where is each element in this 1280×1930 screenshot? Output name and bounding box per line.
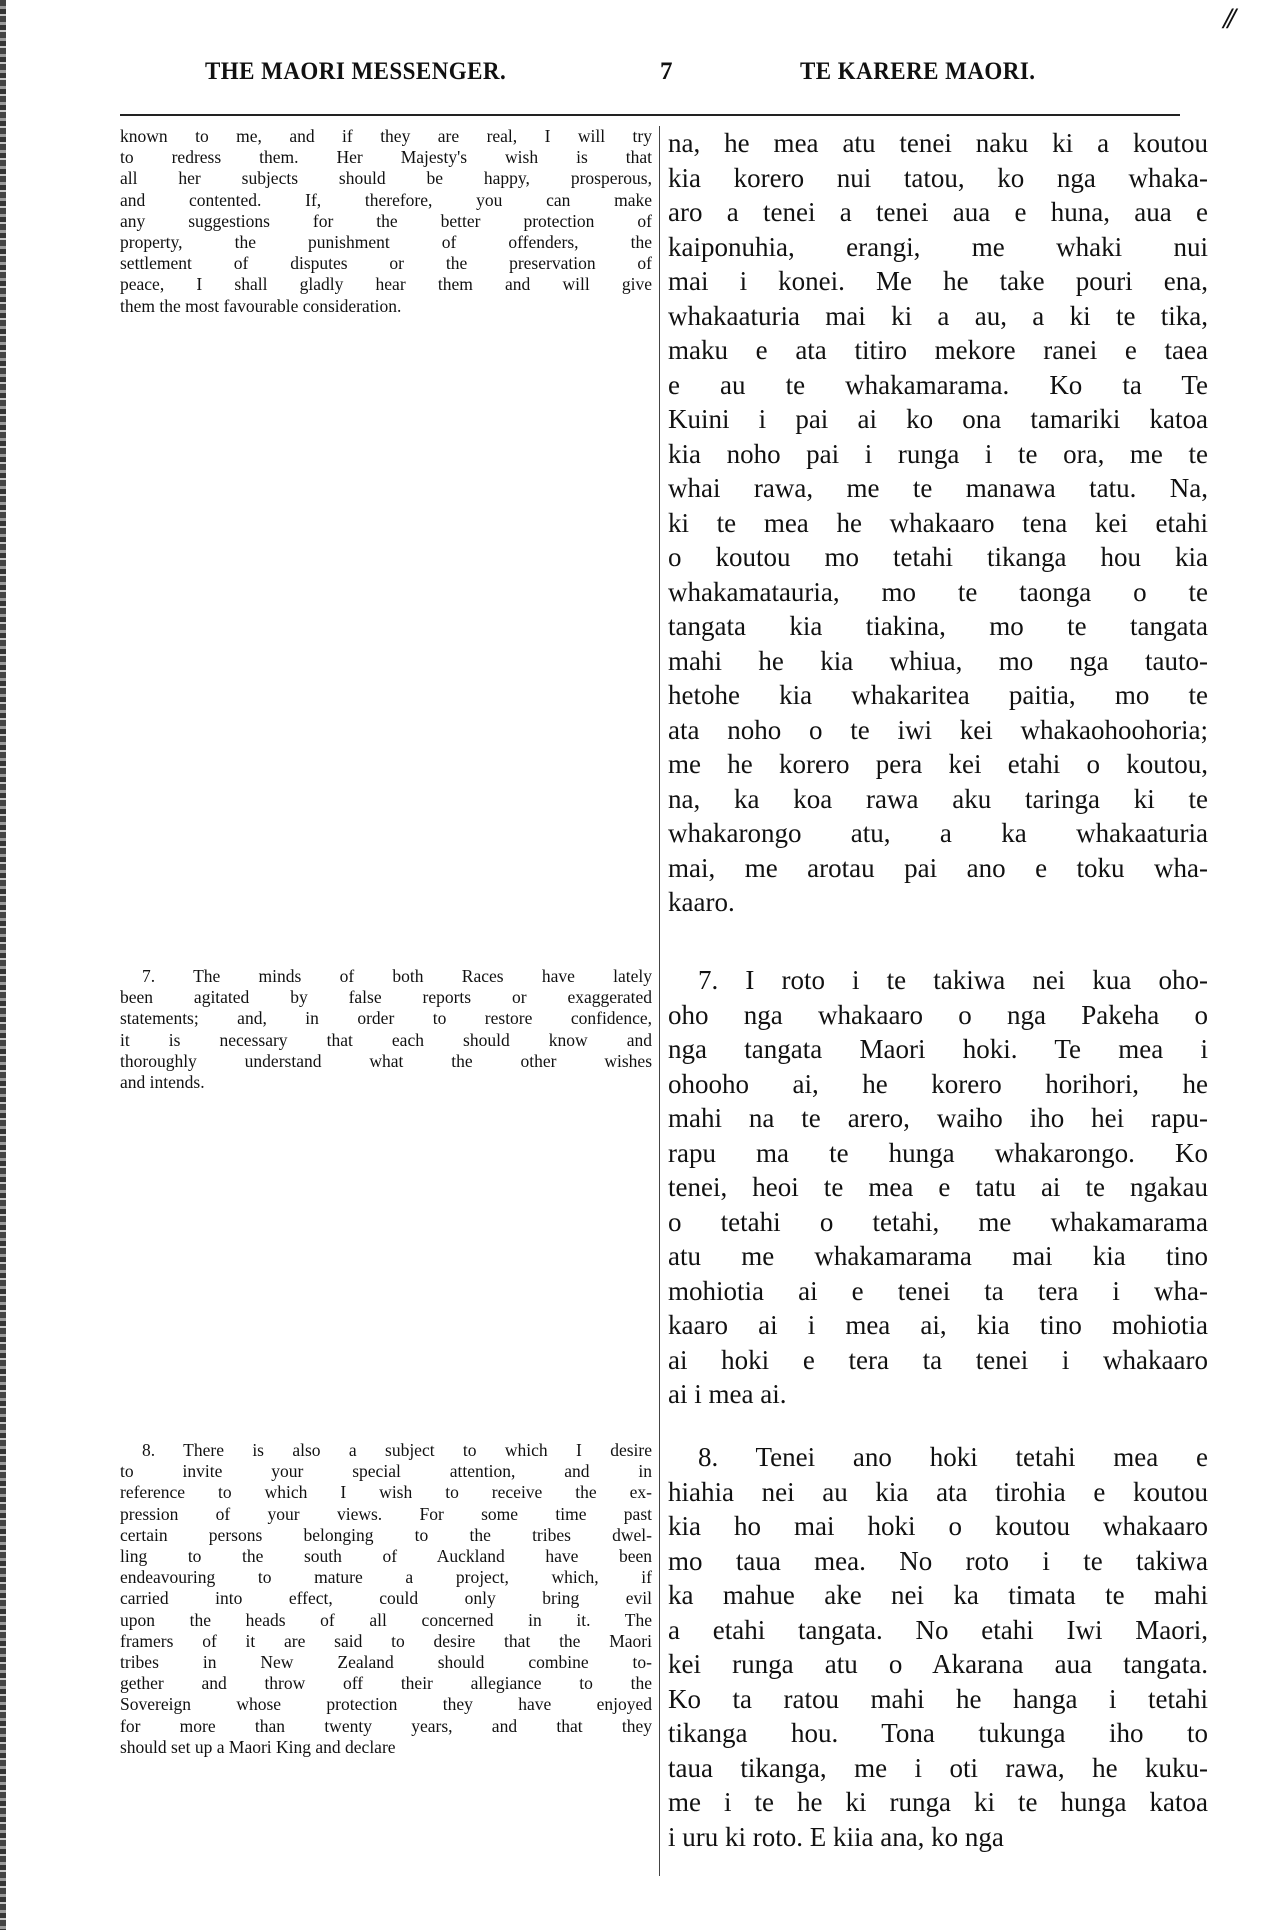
text-line: kia noho pai i runga i te ora, me te xyxy=(668,437,1208,472)
text-line: me i te he ki runga ki te hunga katoa xyxy=(668,1785,1208,1820)
text-line: kaiponuhia, erangi, me whaki nui xyxy=(668,230,1208,265)
handwritten-corner-mark: // xyxy=(1223,2,1232,36)
text-line: tenei, heoi te mea e tatu ai te ngakau xyxy=(668,1170,1208,1205)
text-line: whakarongo atu, a ka whakaaturia xyxy=(668,816,1208,851)
text-line: a etahi tangata. No etahi Iwi Maori, xyxy=(668,1613,1208,1648)
text-line: kia korero nui tatou, ko nga whaka- xyxy=(668,161,1208,196)
text-line: rapu ma te hunga whakarongo. Ko xyxy=(668,1136,1208,1171)
text-line: all her subjects should be happy, prospe… xyxy=(120,168,652,189)
text-line: na, ka koa rawa aku taringa ki te xyxy=(668,782,1208,817)
text-line: framers of it are said to desire that th… xyxy=(120,1631,652,1652)
english-paragraph-8: 8. There is also a subject to which I de… xyxy=(120,1440,652,1758)
text-line: ai hoki e tera ta tenei i whakaaro xyxy=(668,1343,1208,1378)
text-line: Kuini i pai ai ko ona tamariki katoa xyxy=(668,402,1208,437)
text-line: ata noho o te iwi kei whakaohoohoria; xyxy=(668,713,1208,748)
text-line: whakaaturia mai ki a au, a ki te tika, xyxy=(668,299,1208,334)
text-line: it is necessary that each should know an… xyxy=(120,1030,652,1051)
text-line: 8. Tenei ano hoki tetahi mea e xyxy=(668,1440,1208,1475)
text-line: hiahia nei au kia ata tirohia e koutou xyxy=(668,1475,1208,1510)
text-line: oho nga whakaaro o nga Pakeha o xyxy=(668,998,1208,1033)
text-line: ka mahue ake nei ka timata te mahi xyxy=(668,1578,1208,1613)
text-line: mohiotia ai e tenei ta tera i wha- xyxy=(668,1274,1208,1309)
column-divider xyxy=(659,126,660,1876)
text-line: upon the heads of all concerned in it. T… xyxy=(120,1610,652,1631)
text-line: kei runga atu o Akarana aua tangata. xyxy=(668,1647,1208,1682)
text-line: and contented. If, therefore, you can ma… xyxy=(120,190,652,211)
text-line: whai rawa, me te manawa tatu. Na, xyxy=(668,471,1208,506)
text-line: whakamatauria, mo te taonga o te xyxy=(668,575,1208,610)
text-line: ai i mea ai. xyxy=(668,1377,1208,1412)
text-line: na, he mea atu tenei naku ki a koutou xyxy=(668,126,1208,161)
text-line: 7. I roto i te takiwa nei kua oho- xyxy=(668,963,1208,998)
text-line: gether and throw off their allegiance to… xyxy=(120,1673,652,1694)
header-rule xyxy=(120,114,1180,116)
text-line: o tetahi o tetahi, me whakamarama xyxy=(668,1205,1208,1240)
text-line: 7. The minds of both Races have lately xyxy=(120,966,652,987)
page-header: THE MAORI MESSENGER. 7 TE KARERE MAORI. xyxy=(120,58,1190,98)
text-line: nga tangata Maori hoki. Te mea i xyxy=(668,1032,1208,1067)
text-line: for more than twenty years, and that the… xyxy=(120,1716,652,1737)
text-line: endeavouring to mature a project, which,… xyxy=(120,1567,652,1588)
text-line: me he korero pera kei etahi o koutou, xyxy=(668,747,1208,782)
text-line: i uru ki roto. E kiia ana, ko nga xyxy=(668,1820,1208,1855)
text-line: Ko ta ratou mahi he hanga i tetahi xyxy=(668,1682,1208,1717)
text-line: atu me whakamarama mai kia tino xyxy=(668,1239,1208,1274)
text-line: statements; and, in order to restore con… xyxy=(120,1008,652,1029)
english-paragraph-1: known to me, and if they are real, I wil… xyxy=(120,126,652,317)
maori-paragraph-1: na, he mea atu tenei naku ki a koutoukia… xyxy=(668,126,1208,920)
text-line: carried into effect, could only bring ev… xyxy=(120,1588,652,1609)
text-line: aro a tenei a tenei aua e huna, aua e xyxy=(668,195,1208,230)
maori-paragraph-8: 8. Tenei ano hoki tetahi mea ehiahia nei… xyxy=(668,1440,1208,1854)
text-line: kaaro. xyxy=(668,885,1208,920)
text-line: thoroughly understand what the other wis… xyxy=(120,1051,652,1072)
text-line: to redress them. Her Majesty's wish is t… xyxy=(120,147,652,168)
text-line: them the most favourable consideration. xyxy=(120,296,652,317)
text-line: reference to which I wish to receive the… xyxy=(120,1482,652,1503)
text-line: ki te mea he whakaaro tena kei etahi xyxy=(668,506,1208,541)
text-line: should set up a Maori King and declare xyxy=(120,1737,652,1758)
text-line: hetohe kia whakaritea paitia, mo te xyxy=(668,678,1208,713)
text-line: mahi na te arero, waiho iho hei rapu- xyxy=(668,1101,1208,1136)
text-line: any suggestions for the better protectio… xyxy=(120,211,652,232)
text-line: mo taua mea. No roto i te takiwa xyxy=(668,1544,1208,1579)
text-line: mahi he kia whiua, mo nga tauto- xyxy=(668,644,1208,679)
maori-paragraph-7: 7. I roto i te takiwa nei kua oho-oho ng… xyxy=(668,963,1208,1412)
text-line: mai i konei. Me he take pouri ena, xyxy=(668,264,1208,299)
text-line: certain persons belonging to the tribes … xyxy=(120,1525,652,1546)
english-paragraph-7: 7. The minds of both Races have latelybe… xyxy=(120,966,652,1093)
text-line: been agitated by false reports or exagge… xyxy=(120,987,652,1008)
header-title-maori: TE KARERE MAORI. xyxy=(800,58,1035,86)
text-line: known to me, and if they are real, I wil… xyxy=(120,126,652,147)
text-line: Sovereign whose protection they have enj… xyxy=(120,1694,652,1715)
text-line: property, the punishment of offenders, t… xyxy=(120,232,652,253)
text-line: kaaro ai i mea ai, kia tino mohiotia xyxy=(668,1308,1208,1343)
text-line: mai, me arotau pai ano e toku wha- xyxy=(668,851,1208,886)
header-title-english: THE MAORI MESSENGER. xyxy=(205,58,506,86)
page-number: 7 xyxy=(660,58,673,86)
text-line: tangata kia tiakina, mo te tangata xyxy=(668,609,1208,644)
text-line: e au te whakamarama. Ko ta Te xyxy=(668,368,1208,403)
text-line: peace, I shall gladly hear them and will… xyxy=(120,274,652,295)
text-line: o koutou mo tetahi tikanga hou kia xyxy=(668,540,1208,575)
text-line: kia ho mai hoki o koutou whakaaro xyxy=(668,1509,1208,1544)
text-line: pression of your views. For some time pa… xyxy=(120,1504,652,1525)
text-line: ling to the south of Auckland have been xyxy=(120,1546,652,1567)
scan-edge-shadow xyxy=(0,0,6,1930)
text-line: tikanga hou. Tona tukunga iho to xyxy=(668,1716,1208,1751)
text-line: and intends. xyxy=(120,1072,652,1093)
text-line: maku e ata titiro mekore ranei e taea xyxy=(668,333,1208,368)
text-line: 8. There is also a subject to which I de… xyxy=(120,1440,652,1461)
text-line: ohooho ai, he korero horihori, he xyxy=(668,1067,1208,1102)
text-line: tribes in New Zealand should combine to- xyxy=(120,1652,652,1673)
text-line: settlement of disputes or the preservati… xyxy=(120,253,652,274)
text-line: taua tikanga, me i oti rawa, he kuku- xyxy=(668,1751,1208,1786)
text-line: to invite your special attention, and in xyxy=(120,1461,652,1482)
